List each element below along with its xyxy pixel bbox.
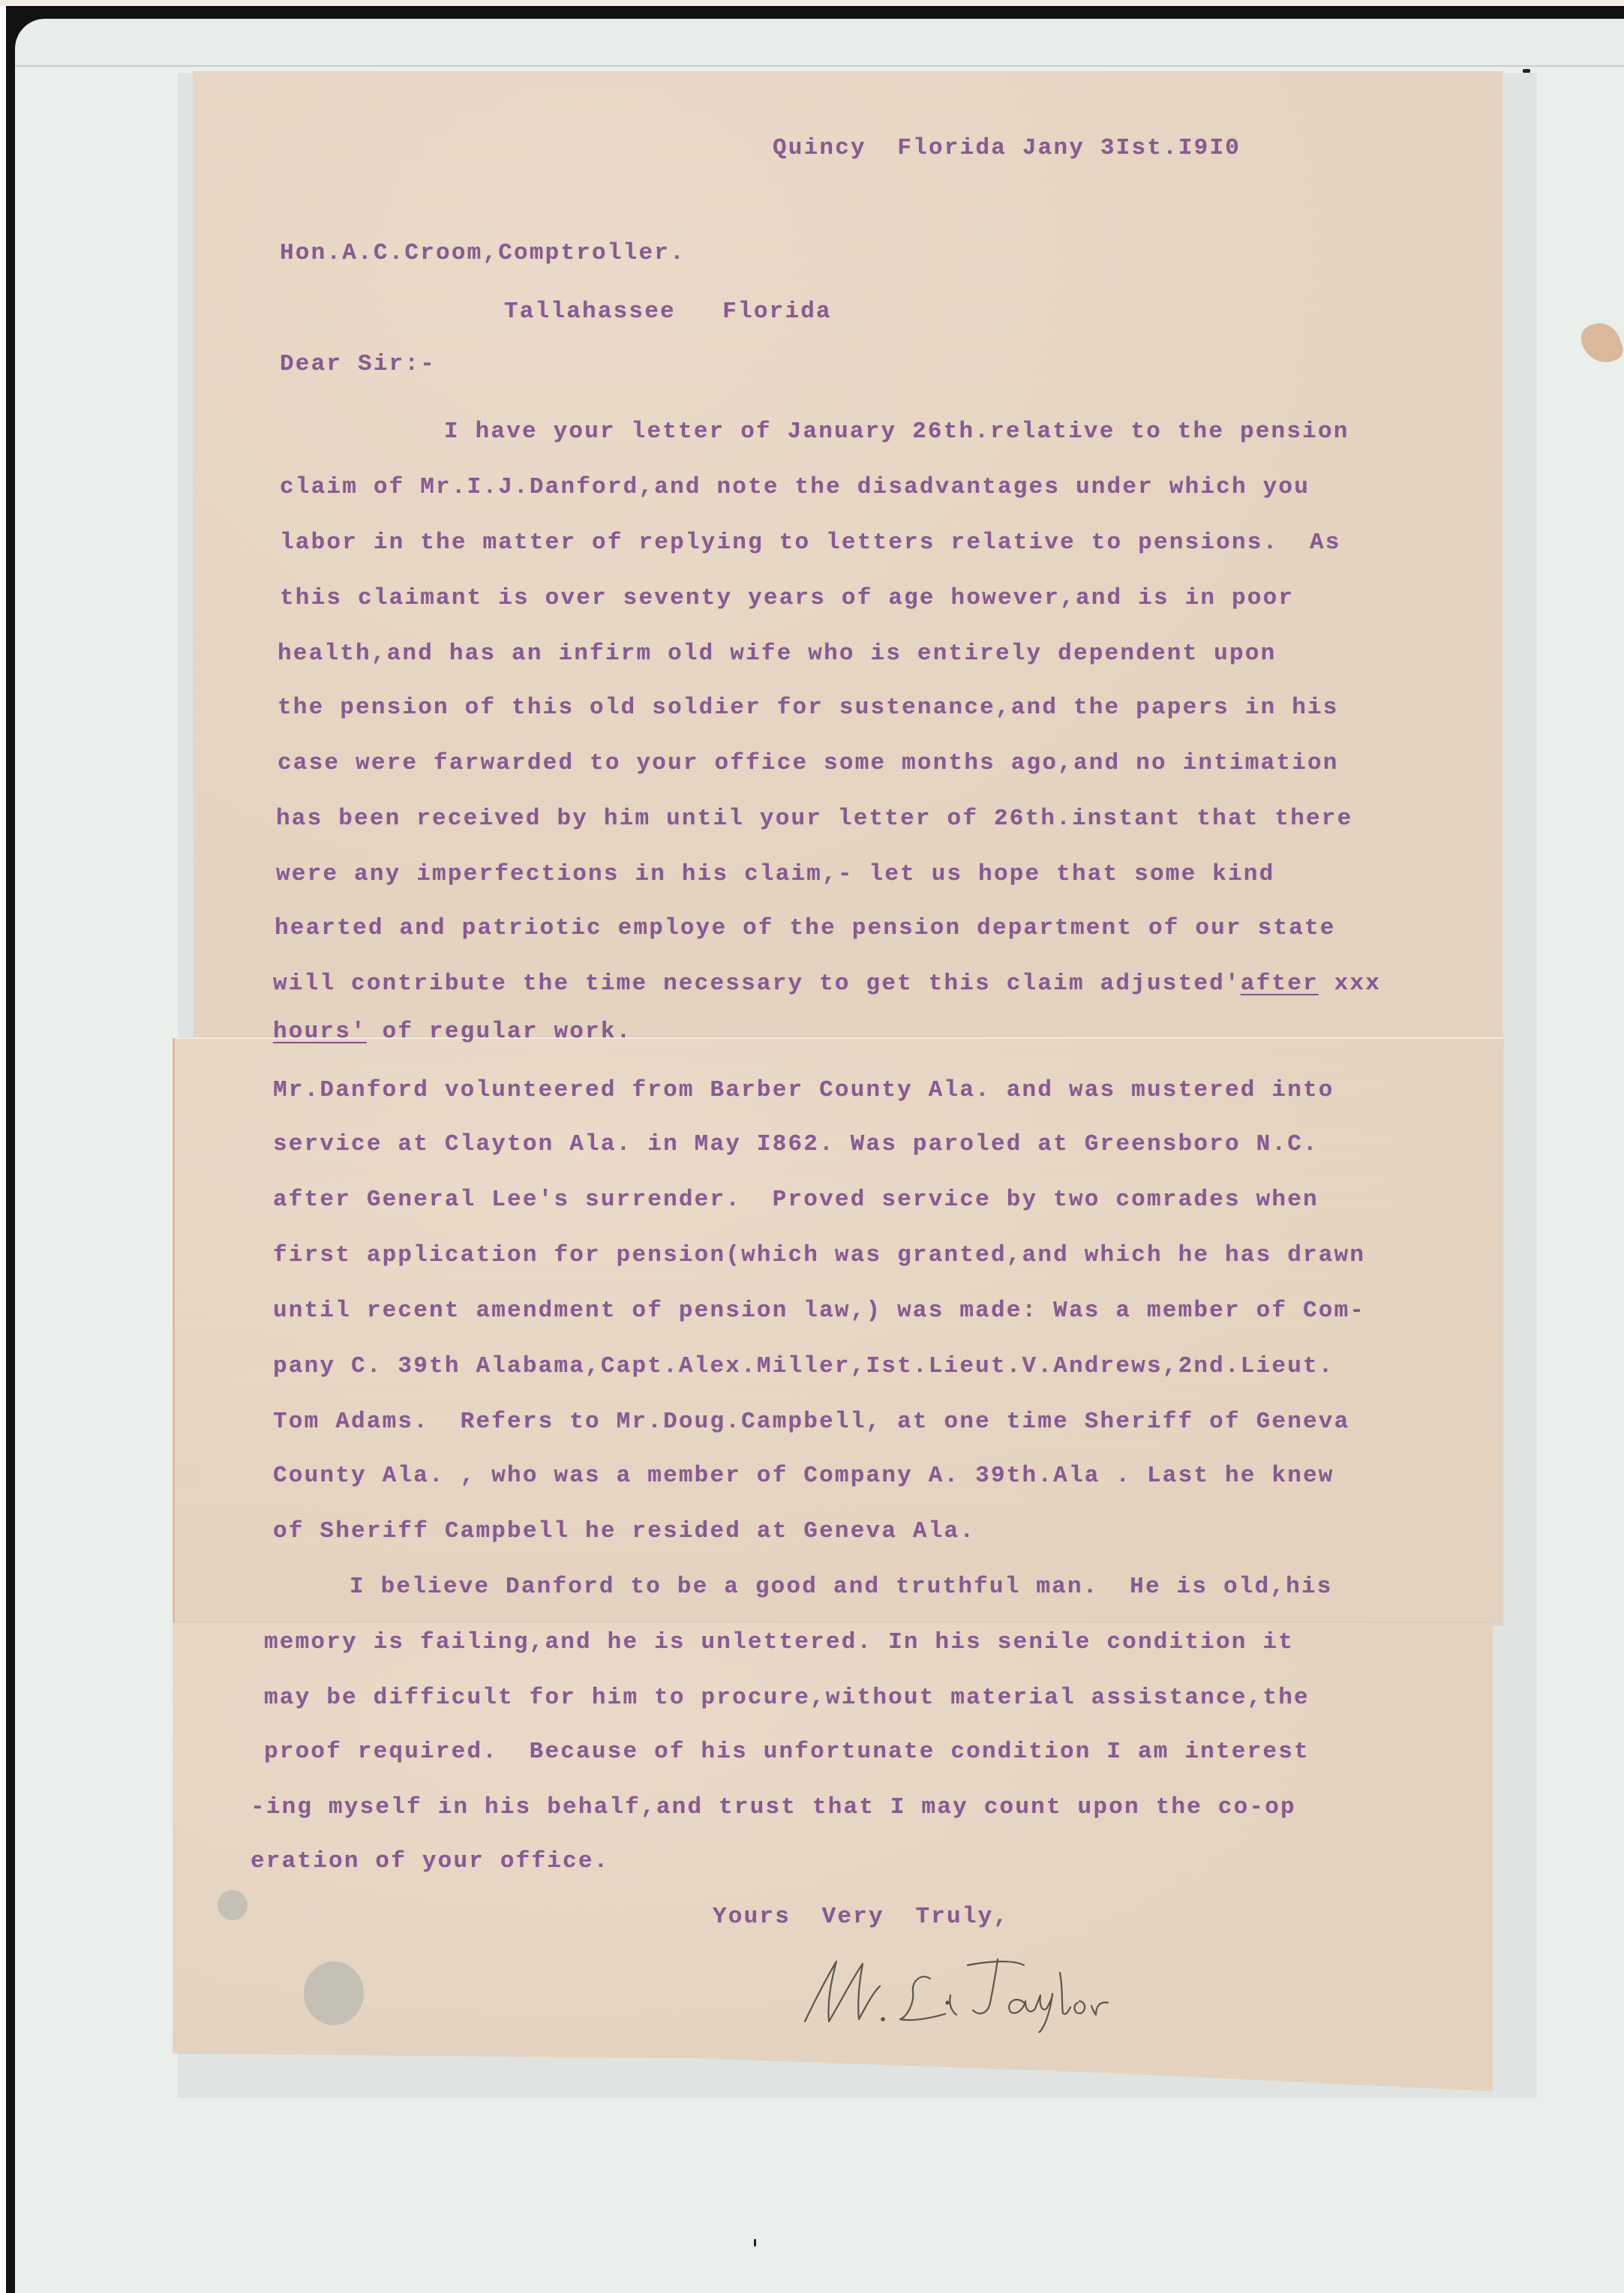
- text-line: may be difficult for him to procure,with…: [264, 1686, 1310, 1709]
- letter-page-top-panel: [194, 71, 1502, 1046]
- water-stain: [218, 1890, 248, 1920]
- dust-speck: [754, 2239, 756, 2246]
- text-line: until recent amendment of pension law,) …: [273, 1299, 1365, 1322]
- text-line: after General Lee's surrender. Proved se…: [273, 1188, 1319, 1211]
- text-line: were any imperfections in his claim,- le…: [276, 863, 1274, 886]
- dust-speck: [1523, 69, 1530, 73]
- text-line: health,and has an infirm old wife who is…: [278, 642, 1276, 665]
- text-line: memory is failing,and he is unlettered. …: [264, 1631, 1294, 1654]
- text-line: pany C. 39th Alabama,Capt.Alex.Miller,Is…: [273, 1355, 1334, 1378]
- text-line: Mr.Danford volunteered from Barber Count…: [273, 1079, 1334, 1102]
- text-line: service at Clayton Ala. in May I862. Was…: [273, 1133, 1319, 1156]
- underlined-word: hours': [273, 1019, 367, 1045]
- text-line: this claimant is over seventy years of a…: [280, 587, 1294, 610]
- text-line: labor in the matter of replying to lette…: [280, 531, 1341, 554]
- text-line: hearted and patriotic employe of the pen…: [275, 917, 1336, 940]
- text-line: eration of your office.: [251, 1850, 609, 1873]
- text-line: I believe Danford to be a good and truth…: [350, 1575, 1333, 1598]
- text-line: of Sheriff Campbell he resided at Geneva…: [273, 1520, 975, 1543]
- text-segment: will contribute the time necessary to ge…: [273, 971, 1241, 997]
- recipient-name: Hon.A.C.Croom,Comptroller.: [280, 242, 686, 265]
- salutation: Dear Sir:-: [280, 353, 436, 376]
- recipient-address: Tallahassee Florida: [504, 300, 832, 323]
- underlined-word: after: [1241, 971, 1319, 997]
- struck-text: xxx: [1319, 971, 1381, 997]
- text-line: first application for pension(which was …: [273, 1244, 1365, 1267]
- handwritten-signature: [799, 1950, 1174, 2033]
- text-segment: of regular work.: [367, 1019, 632, 1045]
- text-line: hours' of regular work.: [273, 1020, 632, 1043]
- text-line: -ing myself in his behalf,and trust that…: [251, 1796, 1296, 1819]
- text-line: claim of Mr.I.J.Danford,and note the dis…: [280, 476, 1310, 499]
- water-stain: [304, 1961, 364, 2025]
- text-line: proof required. Because of his unfortuna…: [264, 1740, 1310, 1763]
- text-line: case were farwarded to your office some …: [278, 752, 1339, 775]
- text-line: I have your letter of January 26th.relat…: [444, 420, 1349, 443]
- text-line: has been received by him until your lett…: [276, 807, 1352, 830]
- dateline: Quincy Florida Jany 3Ist.I9I0: [773, 137, 1241, 160]
- closing: Yours Very Truly,: [713, 1905, 1009, 1928]
- text-line: County Ala. , who was a member of Compan…: [273, 1464, 1334, 1487]
- scan-top-edge: [0, 0, 1624, 6]
- text-line: will contribute the time necessary to ge…: [273, 972, 1381, 995]
- text-line: Tom Adams. Refers to Mr.Doug.Campbell, a…: [273, 1410, 1349, 1433]
- text-line: the pension of this old soldier for sust…: [278, 696, 1339, 719]
